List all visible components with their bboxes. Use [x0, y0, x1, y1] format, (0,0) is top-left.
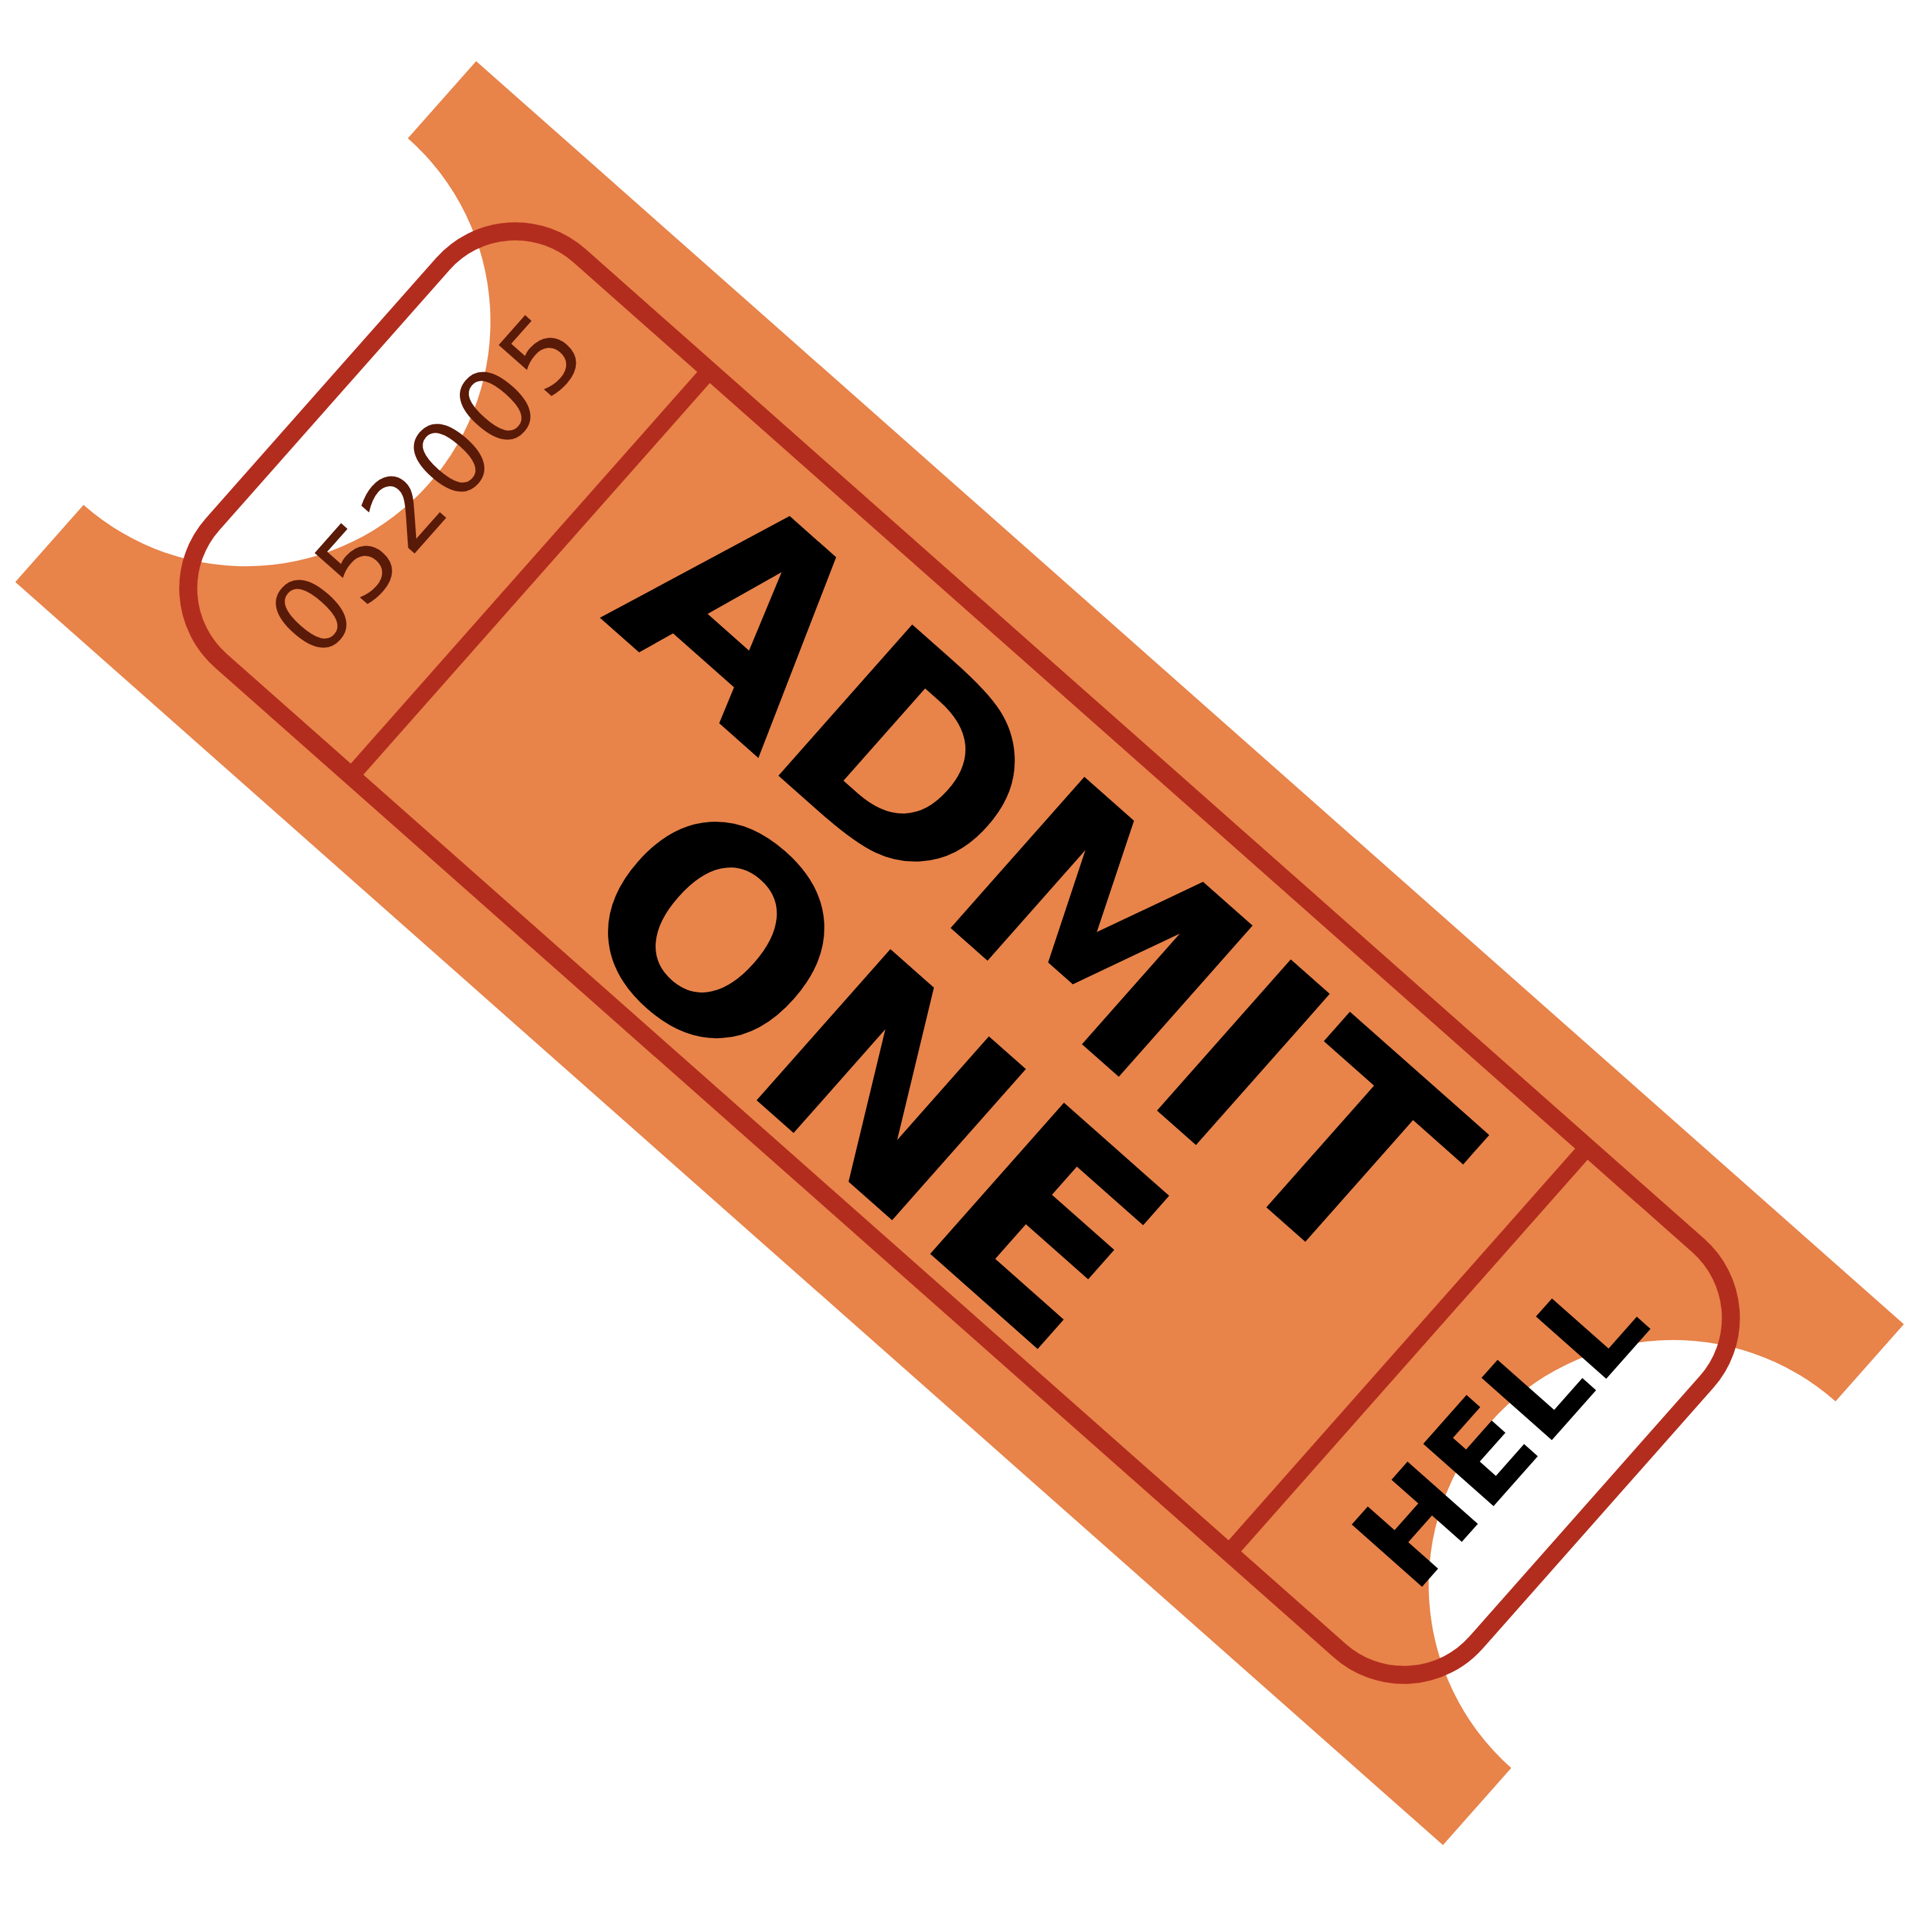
admit-one-ticket: 052005 ADMIT ONE HELL	[0, 0, 1932, 1932]
